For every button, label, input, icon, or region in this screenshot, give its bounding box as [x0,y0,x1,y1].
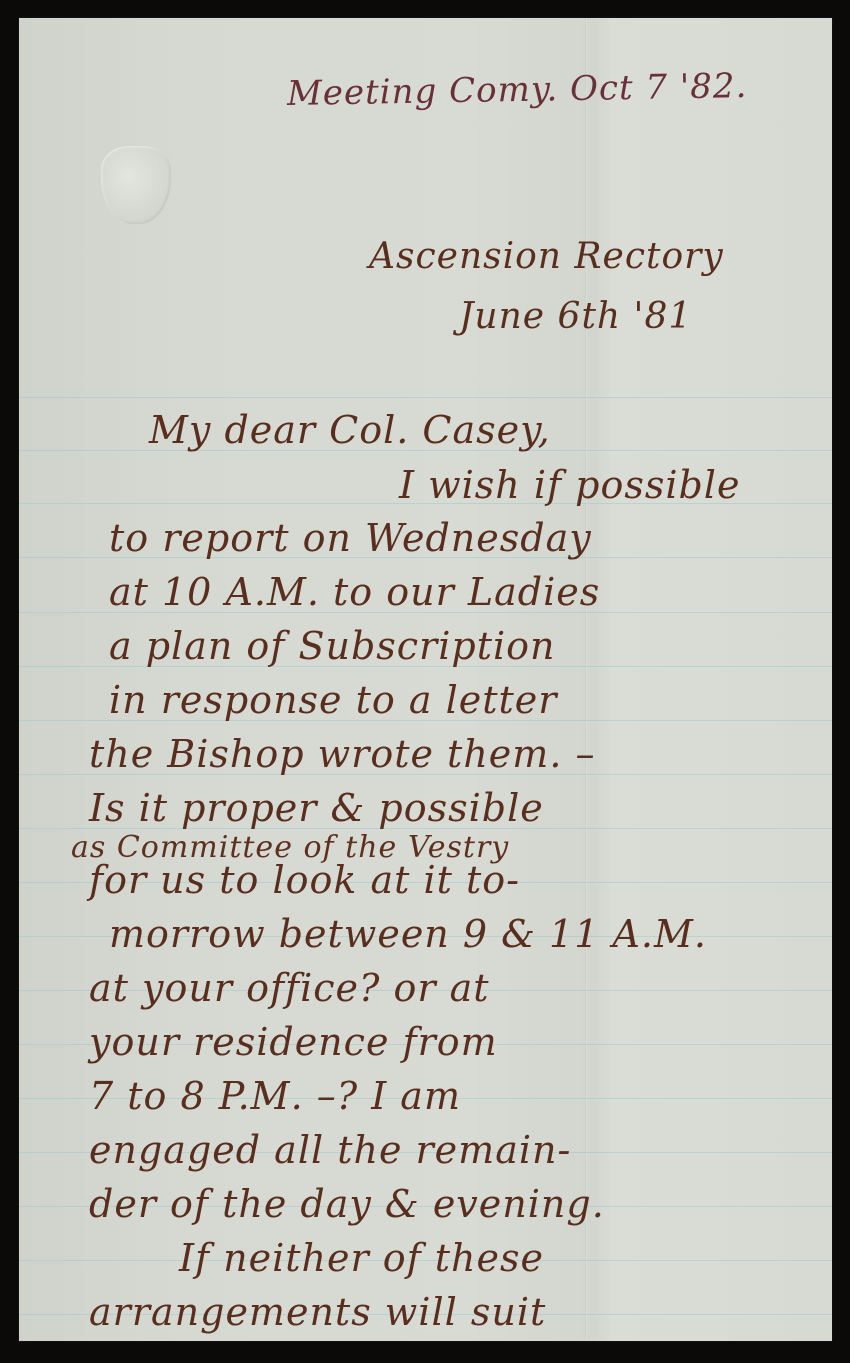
body-line: at your office? or at [89,966,490,1010]
body-line: engaged all the remain- [89,1128,571,1172]
letter-place: Ascension Rectory [369,236,724,277]
body-line: 7 to 8 P.M. –? I am [89,1074,461,1118]
body-line: If neither of these [179,1236,544,1280]
body-line: your residence from [89,1020,498,1064]
body-line: a plan of Subscription [109,624,555,668]
body-line: Is it proper & possible [89,786,544,830]
letter-date: June 6th '81 [459,296,692,337]
salutation: My dear Col. Casey, [149,408,551,452]
body-line: I wish if possible [399,463,740,507]
body-line: morrow between 9 & 11 A.M. [109,912,707,956]
body-line: for us to look at it to- [89,858,520,902]
body-line: arrangements will suit [89,1290,546,1334]
body-line: the Bishop wrote them. – [89,732,595,776]
body-line: at 10 A.M. to our Ladies [109,570,600,614]
body-line: to report on Wednesday [109,516,592,560]
paper-fold-crease [585,18,588,1341]
docket-annotation: Meeting Comy. Oct 7 '82. [287,66,748,114]
embossed-crest-icon [101,146,171,224]
letter-page: Meeting Comy. Oct 7 '82. Ascension Recto… [19,18,832,1341]
ruled-line [19,397,832,398]
body-line: der of the day & evening. [89,1182,605,1226]
body-line: in response to a letter [109,678,557,722]
